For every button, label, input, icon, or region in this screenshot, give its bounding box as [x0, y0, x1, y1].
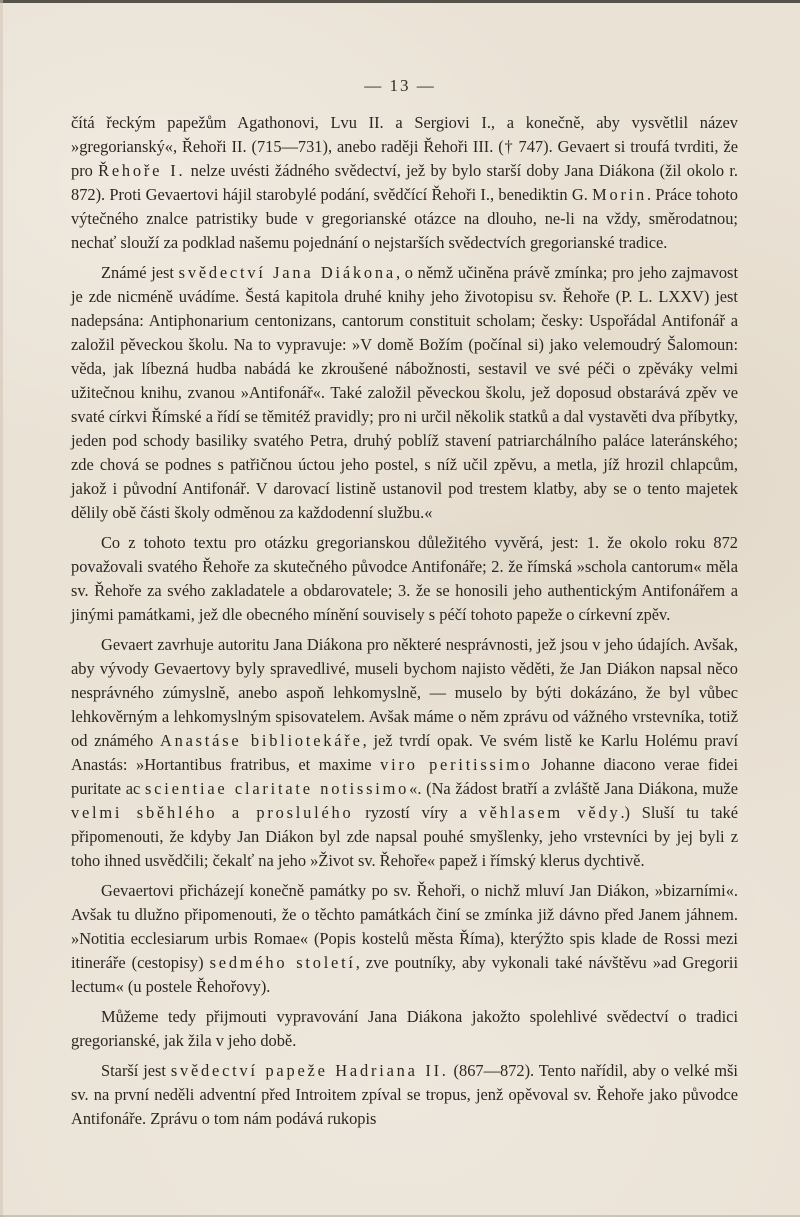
letterspaced-emphasis: sedmého století [210, 953, 356, 972]
paragraph: Gevaert zavrhuje autoritu Jana Diákona p… [71, 633, 738, 873]
paragraph: Známé jest svědectví Jana Diákona, o něm… [71, 261, 738, 525]
letterspaced-emphasis: scientiae claritate notissimo [145, 779, 409, 798]
text-run: «. (Na žádost bratří a zvláště Jana Diák… [409, 779, 738, 798]
text-run: , o němž učiněna právě zmínka; pro jeho … [71, 263, 738, 522]
paragraph: Co z tohoto textu pro otázku gregoriansk… [71, 531, 738, 627]
letterspaced-emphasis: svědectví papeže Hadriana II. [171, 1061, 449, 1080]
letterspaced-emphasis: věhlasem vědy [479, 803, 621, 822]
paragraph: čítá řeckým papežům Agathonovi, Lvu II. … [71, 111, 738, 255]
text-run: Můžeme tedy přijmouti vypravování Jana D… [71, 1007, 738, 1050]
page-number: — 13 — [0, 76, 800, 96]
letterspaced-emphasis: viro peritissimo [380, 755, 532, 774]
letterspaced-emphasis: Morin [592, 185, 647, 204]
paragraph: Můžeme tedy přijmouti vypravování Jana D… [71, 1005, 738, 1053]
scan-top-edge [0, 0, 800, 3]
letterspaced-emphasis: velmi sběhlého a proslulého [71, 803, 354, 822]
letterspaced-emphasis: Anastáse bibliotekáře [160, 731, 363, 750]
text-run: Známé jest [101, 263, 179, 282]
book-page-scan: — 13 — čítá řeckým papežům Agathonovi, L… [0, 0, 800, 1217]
paragraph: Gevaertovi přicházejí konečně památky po… [71, 879, 738, 999]
text-run: Co z tohoto textu pro otázku gregoriansk… [71, 533, 738, 624]
letterspaced-emphasis: svědectví Jana Diákona [179, 263, 396, 282]
text-run: ryzostí víry a [354, 803, 479, 822]
scan-left-edge [0, 0, 3, 1217]
text-run: Starší jest [101, 1061, 171, 1080]
text-block: čítá řeckým papežům Agathonovi, Lvu II. … [71, 111, 738, 1137]
letterspaced-emphasis: Řehoře I. [98, 161, 185, 180]
paragraph: Starší jest svědectví papeže Hadriana II… [71, 1059, 738, 1131]
